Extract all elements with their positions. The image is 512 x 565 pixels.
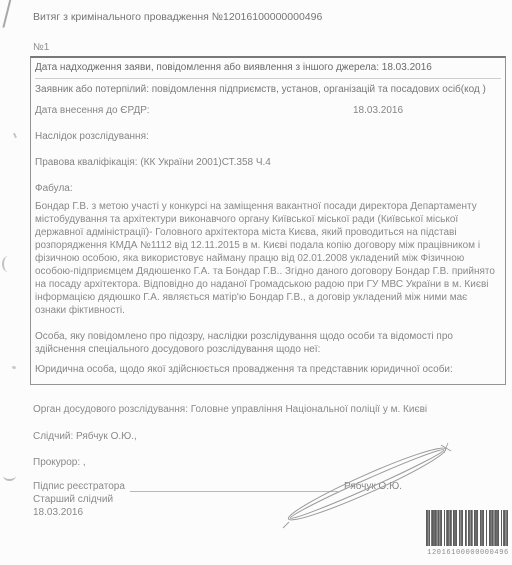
registrar-signature-label: Підпис реєстратора <box>33 480 125 493</box>
senior-investigator-label: Старший слідчий <box>33 493 113 506</box>
field-date-received: Дата надходження заяви, повідомлення або… <box>35 61 501 79</box>
prosecutor-line: Прокурор: , <box>33 456 86 469</box>
field-erdr-row: Дата внесення до ЄРДР: 18.03.2016 <box>35 104 501 117</box>
case-details-box: Дата надходження заяви, повідомлення або… <box>30 56 506 385</box>
field-investigation-result: Наслідок розслідування: <box>35 130 501 143</box>
field-legal-entity: Юридична особа, щодо якої здійснюється п… <box>35 363 501 376</box>
field-legal-qualification: Правова кваліфікація: (КК України 2001)С… <box>35 156 501 169</box>
fabula-text: Бондар Г.В. з метою участі у конкурсі на… <box>35 200 501 317</box>
field-fabula-label: Фабула: <box>35 182 501 195</box>
document-title: Витяг з кримінального провадження №12016… <box>33 11 322 24</box>
scan-artifact-slash <box>2 0 11 28</box>
document-date: 18.03.2016 <box>33 506 83 519</box>
case-number-label: №1 <box>33 41 49 54</box>
scanned-document-page: Витяг з кримінального провадження №12016… <box>0 0 512 565</box>
barcode-number: 12016100000000496 <box>424 547 512 560</box>
field-suspect-notice: Особа, яку повідомлено про підозру, насл… <box>35 330 501 356</box>
scan-artifact-curve <box>3 470 16 481</box>
scan-artifact-tick <box>13 133 17 138</box>
barcode <box>426 510 510 546</box>
investigation-body-line: Орган досудового розслідування: Головне … <box>33 403 427 416</box>
field-applicant: Заявник або потерпілий: повідомлення під… <box>35 83 501 96</box>
scan-artifact-dot <box>12 365 17 369</box>
field-erdr-date-value: 18.03.2016 <box>353 104 403 117</box>
scan-artifact-paren <box>2 256 14 272</box>
investigator-line: Слідчий: Рябчук О.Ю., <box>33 430 137 443</box>
field-erdr-label: Дата внесення до ЄРДР: <box>35 105 149 116</box>
